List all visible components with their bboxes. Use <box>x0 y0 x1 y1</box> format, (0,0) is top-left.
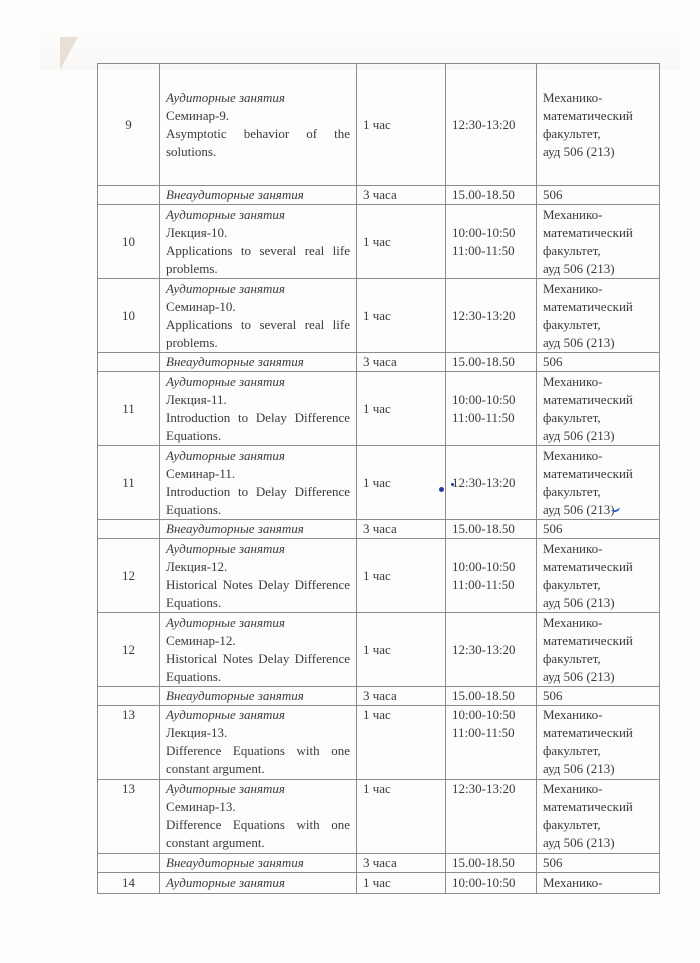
duration-cell: 1 час <box>357 279 446 353</box>
class-row: 12Аудиторные занятияСеминар-12.Historica… <box>98 613 660 687</box>
location-line: ауд 506 (213) <box>543 501 653 519</box>
week-number-cell: 13 <box>98 780 160 854</box>
location-line: Механико- <box>543 614 653 632</box>
duration-cell: 3 часа <box>357 854 446 873</box>
session-type: Внеаудиторные занятия <box>166 353 350 371</box>
time-slot: 10:00-10:50 <box>452 874 530 892</box>
location-line: факультет, <box>543 483 653 501</box>
session-title: Семинар-9. <box>166 107 350 125</box>
session-type: Внеаудиторные занятия <box>166 520 350 538</box>
duration-cell: 3 часа <box>357 186 446 205</box>
session-topic: Applications to several real life proble… <box>166 316 350 352</box>
time-cell: 10:00-10:5011:00-11:50 <box>446 205 537 279</box>
time-cell: 15.00-18.50 <box>446 854 537 873</box>
location-line: ауд 506 (213) <box>543 427 653 445</box>
time-slot: 10:00-10:50 <box>452 558 530 576</box>
time-cell: 10:00-10:5011:00-11:50 <box>446 706 537 780</box>
week-number-cell: 10 <box>98 205 160 279</box>
location-line: Механико- <box>543 280 653 298</box>
time-slot: 15.00-18.50 <box>452 854 530 872</box>
week-number-cell: 11 <box>98 446 160 520</box>
extracurricular-row: Внеаудиторные занятия3 часа15.00-18.5050… <box>98 687 660 706</box>
time-slot: 15.00-18.50 <box>452 186 530 204</box>
location-line: Механико- <box>543 874 653 892</box>
session-topic: Historical Notes Delay Difference Equati… <box>166 650 350 686</box>
location-cell: Механико-математическийфакультет,ауд 506… <box>537 372 660 446</box>
scan-corner-mark <box>60 37 78 70</box>
ink-dot <box>451 483 454 486</box>
description-cell: Аудиторные занятия <box>160 873 357 894</box>
location-line: факультет, <box>543 409 653 427</box>
session-type: Аудиторные занятия <box>166 706 350 724</box>
time-cell: 15.00-18.50 <box>446 687 537 706</box>
location-line: 506 <box>543 520 653 538</box>
location-line: математический <box>543 107 653 125</box>
location-line: 506 <box>543 353 653 371</box>
session-type: Аудиторные занятия <box>166 447 350 465</box>
session-topic: Applications to several real life proble… <box>166 242 350 278</box>
time-slot: 15.00-18.50 <box>452 353 530 371</box>
class-row: 9Аудиторные занятияСеминар-9.Asymptotic … <box>98 64 660 186</box>
duration-cell: 1 час <box>357 539 446 613</box>
week-number-cell: 9 <box>98 64 160 186</box>
location-line: 506 <box>543 687 653 705</box>
class-row: 10Аудиторные занятияСеминар-10.Applicati… <box>98 279 660 353</box>
week-number-cell: 13 <box>98 706 160 780</box>
location-line: ауд 506 (213) <box>543 760 653 778</box>
description-cell: Внеаудиторные занятия <box>160 687 357 706</box>
time-slot: 10:00-10:50 <box>452 224 530 242</box>
session-type: Аудиторные занятия <box>166 280 350 298</box>
time-cell: 10:00-10:5011:00-11:50 <box>446 372 537 446</box>
session-type: Аудиторные занятия <box>166 89 350 107</box>
week-number-cell <box>98 520 160 539</box>
location-cell: 506 <box>537 186 660 205</box>
week-number-cell: 14 <box>98 873 160 894</box>
time-slot: 11:00-11:50 <box>452 576 530 594</box>
duration-cell: 1 час <box>357 780 446 854</box>
duration-cell: 3 часа <box>357 520 446 539</box>
location-line: ауд 506 (213) <box>543 594 653 612</box>
session-title: Семинар-10. <box>166 298 350 316</box>
time-cell: 12:30-13:20 <box>446 780 537 854</box>
time-cell: 15.00-18.50 <box>446 353 537 372</box>
week-number-cell <box>98 186 160 205</box>
location-cell: Механико- <box>537 873 660 894</box>
location-cell: Механико-математическийфакультет,ауд 506… <box>537 64 660 186</box>
location-line: Механико- <box>543 447 653 465</box>
location-line: математический <box>543 465 653 483</box>
description-cell: Аудиторные занятияЛекция-10.Applications… <box>160 205 357 279</box>
duration-cell: 1 час <box>357 64 446 186</box>
duration-cell: 1 час <box>357 613 446 687</box>
class-row: 13Аудиторные занятияСеминар-13.Differenc… <box>98 780 660 854</box>
week-number-cell: 11 <box>98 372 160 446</box>
description-cell: Внеаудиторные занятия <box>160 520 357 539</box>
session-type: Аудиторные занятия <box>166 540 350 558</box>
location-line: Механико- <box>543 89 653 107</box>
description-cell: Аудиторные занятияЛекция-13.Difference E… <box>160 706 357 780</box>
location-cell: Механико-математическийфакультет,ауд 506… <box>537 205 660 279</box>
class-row: 10Аудиторные занятияЛекция-10.Applicatio… <box>98 205 660 279</box>
location-cell: Механико-математическийфакультет,ауд 506… <box>537 539 660 613</box>
location-line: факультет, <box>543 576 653 594</box>
time-slot: 12:30-13:20 <box>452 307 530 325</box>
schedule-body: 9Аудиторные занятияСеминар-9.Asymptotic … <box>98 64 660 894</box>
time-slot: 11:00-11:50 <box>452 724 530 742</box>
duration-cell: 1 час <box>357 205 446 279</box>
description-cell: Аудиторные занятияСеминар-13.Difference … <box>160 780 357 854</box>
time-slot: 10:00-10:50 <box>452 391 530 409</box>
time-cell: 12:30-13:20 <box>446 446 537 520</box>
duration-cell: 1 час <box>357 446 446 520</box>
duration-cell: 1 час <box>357 706 446 780</box>
extracurricular-row: Внеаудиторные занятия3 часа15.00-18.5050… <box>98 353 660 372</box>
session-type: Аудиторные занятия <box>166 373 350 391</box>
location-cell: Механико-математическийфакультет,ауд 506… <box>537 780 660 854</box>
time-slot: 12:30-13:20 <box>452 641 530 659</box>
location-line: ауд 506 (213) <box>543 260 653 278</box>
week-number-cell <box>98 854 160 873</box>
time-cell: 15.00-18.50 <box>446 186 537 205</box>
session-title: Семинар-13. <box>166 798 350 816</box>
time-slot: 12:30-13:20 <box>452 474 530 492</box>
location-cell: 506 <box>537 520 660 539</box>
session-title: Лекция-12. <box>166 558 350 576</box>
week-number-cell: 10 <box>98 279 160 353</box>
session-topic: Asymptotic behavior of the solutions. <box>166 125 350 161</box>
location-cell: Механико-математическийфакультет,ауд 506… <box>537 613 660 687</box>
class-row: 14Аудиторные занятия1 час10:00-10:50Меха… <box>98 873 660 894</box>
description-cell: Аудиторные занятияСеминар-11.Introductio… <box>160 446 357 520</box>
duration-cell: 1 час <box>357 372 446 446</box>
week-number-cell: 12 <box>98 613 160 687</box>
location-line: факультет, <box>543 316 653 334</box>
location-line: математический <box>543 224 653 242</box>
time-cell: 12:30-13:20 <box>446 64 537 186</box>
duration-cell: 1 час <box>357 873 446 894</box>
description-cell: Аудиторные занятияЛекция-12.Historical N… <box>160 539 357 613</box>
time-cell: 12:30-13:20 <box>446 613 537 687</box>
session-type: Аудиторные занятия <box>166 614 350 632</box>
location-line: Механико- <box>543 373 653 391</box>
location-line: 506 <box>543 186 653 204</box>
description-cell: Аудиторные занятияСеминар-9.Asymptotic b… <box>160 64 357 186</box>
class-row: 11Аудиторные занятияСеминар-11.Introduct… <box>98 446 660 520</box>
class-row: 11Аудиторные занятияЛекция-11.Introducti… <box>98 372 660 446</box>
location-line: математический <box>543 632 653 650</box>
location-line: ауд 506 (213) <box>543 143 653 161</box>
session-type: Внеаудиторные занятия <box>166 854 350 872</box>
session-title: Лекция-10. <box>166 224 350 242</box>
session-title: Лекция-13. <box>166 724 350 742</box>
time-cell: 10:00-10:50 <box>446 873 537 894</box>
location-cell: Механико-математическийфакультет,ауд 506… <box>537 279 660 353</box>
location-line: ауд 506 (213) <box>543 668 653 686</box>
time-slot: 15.00-18.50 <box>452 520 530 538</box>
ink-dot <box>439 487 444 492</box>
location-line: 506 <box>543 854 653 872</box>
session-topic: Introduction to Delay Difference Equatio… <box>166 483 350 519</box>
session-topic: Historical Notes Delay Difference Equati… <box>166 576 350 612</box>
location-cell: Механико-математическийфакультет,ауд 506… <box>537 446 660 520</box>
time-cell: 10:00-10:5011:00-11:50 <box>446 539 537 613</box>
duration-cell: 3 часа <box>357 353 446 372</box>
week-number-cell: 12 <box>98 539 160 613</box>
week-number-cell <box>98 353 160 372</box>
time-slot: 12:30-13:20 <box>452 116 530 134</box>
session-title: Лекция-11. <box>166 391 350 409</box>
time-slot: 11:00-11:50 <box>452 242 530 260</box>
description-cell: Внеаудиторные занятия <box>160 186 357 205</box>
session-topic: Difference Equations with one constant a… <box>166 816 350 852</box>
session-type: Аудиторные занятия <box>166 780 350 798</box>
location-line: Механико- <box>543 780 653 798</box>
location-line: математический <box>543 798 653 816</box>
location-cell: 506 <box>537 687 660 706</box>
time-cell: 15.00-18.50 <box>446 520 537 539</box>
session-type: Аудиторные занятия <box>166 206 350 224</box>
session-type: Внеаудиторные занятия <box>166 687 350 705</box>
location-line: Механико- <box>543 706 653 724</box>
time-slot: 11:00-11:50 <box>452 409 530 427</box>
location-line: факультет, <box>543 742 653 760</box>
time-slot: 12:30-13:20 <box>452 780 530 798</box>
description-cell: Аудиторные занятияСеминар-10.Application… <box>160 279 357 353</box>
location-line: ауд 506 (213) <box>543 834 653 852</box>
location-cell: 506 <box>537 353 660 372</box>
description-cell: Внеаудиторные занятия <box>160 854 357 873</box>
session-type: Внеаудиторные занятия <box>166 186 350 204</box>
extracurricular-row: Внеаудиторные занятия3 часа15.00-18.5050… <box>98 854 660 873</box>
location-line: факультет, <box>543 650 653 668</box>
extracurricular-row: Внеаудиторные занятия3 часа15.00-18.5050… <box>98 520 660 539</box>
class-row: 12Аудиторные занятияЛекция-12.Historical… <box>98 539 660 613</box>
extracurricular-row: Внеаудиторные занятия3 часа15.00-18.5050… <box>98 186 660 205</box>
location-cell: Механико-математическийфакультет,ауд 506… <box>537 706 660 780</box>
session-title: Семинар-12. <box>166 632 350 650</box>
schedule-table: 9Аудиторные занятияСеминар-9.Asymptotic … <box>97 63 660 894</box>
time-cell: 12:30-13:20 <box>446 279 537 353</box>
description-cell: Аудиторные занятияСеминар-12.Historical … <box>160 613 357 687</box>
location-cell: 506 <box>537 854 660 873</box>
duration-cell: 3 часа <box>357 687 446 706</box>
location-line: Механико- <box>543 540 653 558</box>
location-line: математический <box>543 724 653 742</box>
session-type: Аудиторные занятия <box>166 874 350 892</box>
location-line: математический <box>543 558 653 576</box>
session-topic: Introduction to Delay Difference Equatio… <box>166 409 350 445</box>
location-line: Механико- <box>543 206 653 224</box>
location-line: математический <box>543 298 653 316</box>
session-topic: Difference Equations with one constant a… <box>166 742 350 778</box>
description-cell: Внеаудиторные занятия <box>160 353 357 372</box>
session-title: Семинар-11. <box>166 465 350 483</box>
time-slot: 15.00-18.50 <box>452 687 530 705</box>
location-line: математический <box>543 391 653 409</box>
class-row: 13Аудиторные занятияЛекция-13.Difference… <box>98 706 660 780</box>
location-line: факультет, <box>543 816 653 834</box>
location-line: факультет, <box>543 242 653 260</box>
location-line: ауд 506 (213) <box>543 334 653 352</box>
location-line: факультет, <box>543 125 653 143</box>
week-number-cell <box>98 687 160 706</box>
time-slot: 10:00-10:50 <box>452 706 530 724</box>
description-cell: Аудиторные занятияЛекция-11.Introduction… <box>160 372 357 446</box>
